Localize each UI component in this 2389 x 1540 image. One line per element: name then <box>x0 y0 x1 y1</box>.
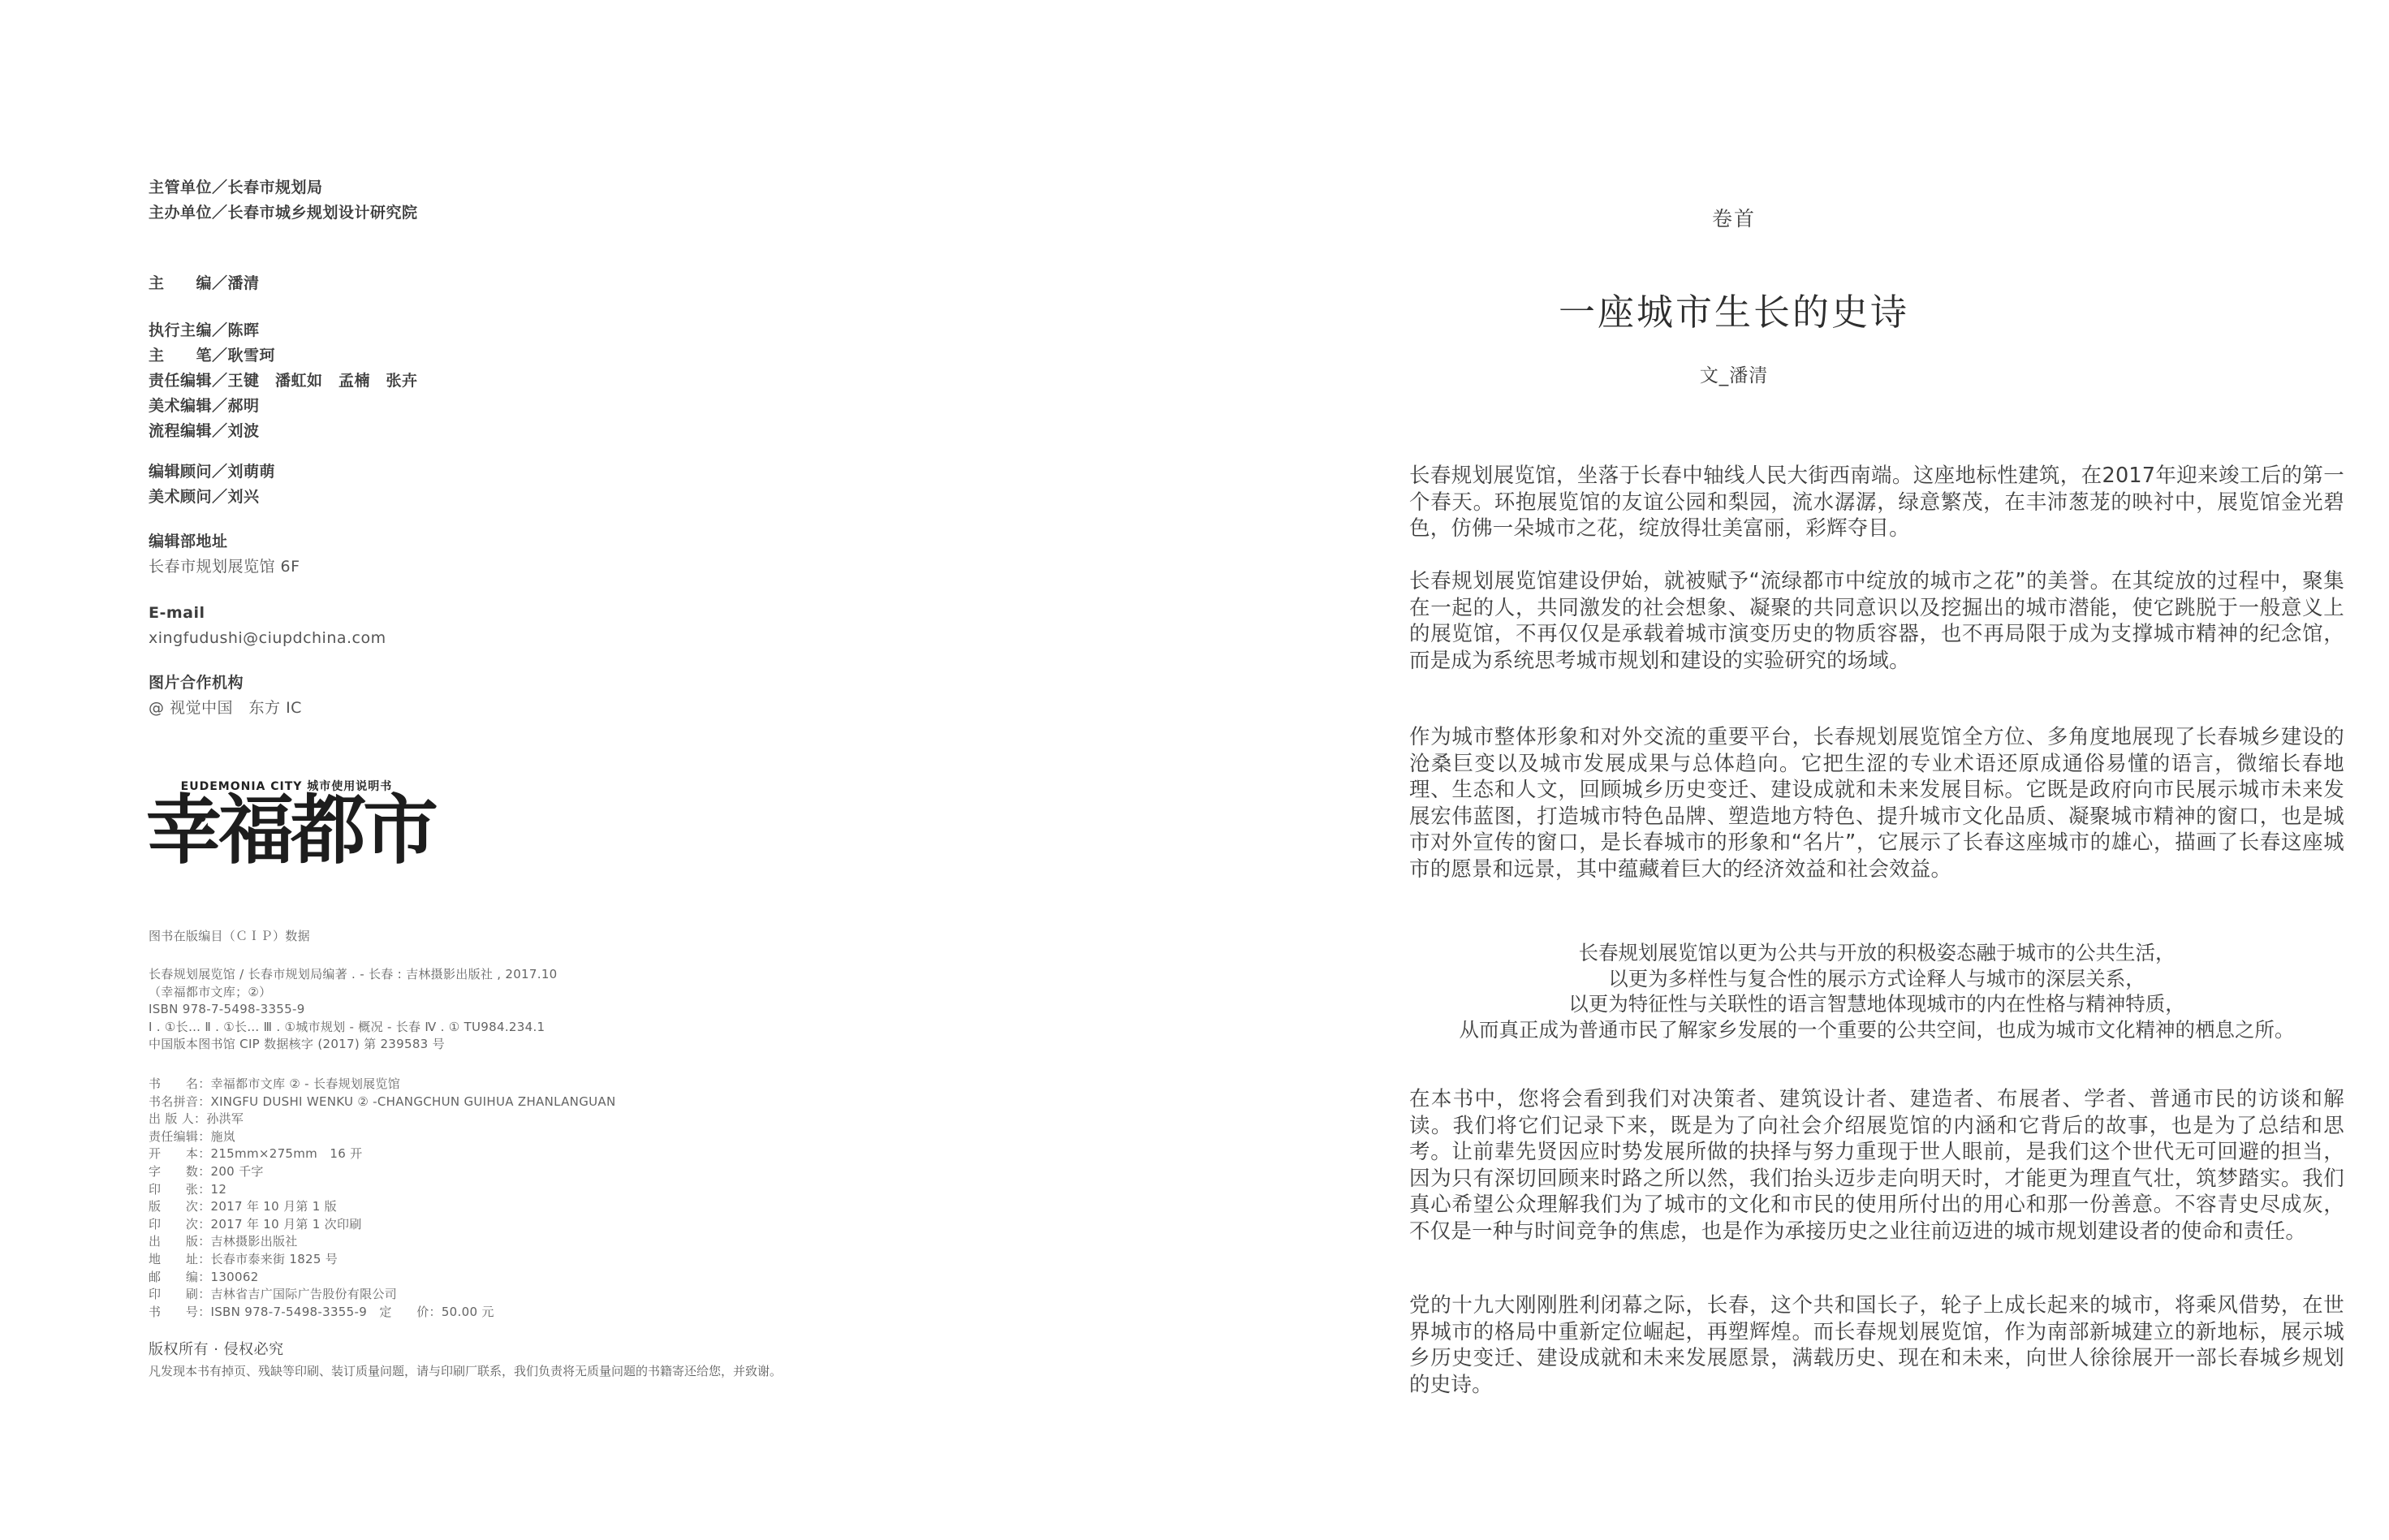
cip-heading: 图书在版编目（ＣＩＰ）数据 <box>149 928 310 946</box>
publication-line: 印 张：12 <box>149 1181 615 1199</box>
publication-line: 邮 编：130062 <box>149 1269 615 1287</box>
paragraph: 党的十九大刚刚胜利闭幕之际，长春，这个共和国长子，轮子上成长起来的城市，将乘风借… <box>1409 1292 2344 1398</box>
staff-line: 流程编辑／刘波 <box>149 419 418 444</box>
publication-line: 责任编辑：施岚 <box>149 1128 615 1146</box>
cip-line: Ⅰ . ①长… Ⅱ . ①长… Ⅲ . ①城市规划 - 概况 - 长春 Ⅳ . … <box>149 1019 558 1037</box>
cip-line: 长春规划展览馆 / 长春市规划局编著 . - 长春 : 吉林摄影出版社 , 20… <box>149 966 558 984</box>
copyright-detail: 凡发现本书有掉页、残缺等印刷、装订质量问题，请与印刷厂联系，我们负责将无质量问题… <box>149 1362 1415 1379</box>
staff-line: 美术编辑／郝明 <box>149 394 418 419</box>
paragraph: 作为城市整体形象和对外交流的重要平台，长春规划展览馆全方位、多角度地展现了长春城… <box>1409 724 2344 883</box>
publication-line: 书名拼音：XINGFU DUSHI WENKU ② -CHANGCHUN GUI… <box>149 1094 615 1111</box>
publication-line: 印 次：2017 年 10 月第 1 次印刷 <box>149 1216 615 1234</box>
photo-partners-label: 图片合作机构 <box>149 671 302 696</box>
publication-line: 书 号：ISBN 978-7-5498-3355-9 定 价：50.00 元 <box>149 1304 615 1322</box>
supervisor-unit: 主管单位／长春市规划局 <box>149 175 418 201</box>
organizer-unit: 主办单位／长春市城乡规划设计研究院 <box>149 201 418 226</box>
quote-line: 长春规划展览馆以更为公共与开放的积极姿态融于城市的公共生活， <box>1409 940 2344 966</box>
publication-line: 出 版：吉林摄影出版社 <box>149 1233 615 1251</box>
publication-line: 开 本：215mm×275mm 16 开 <box>149 1145 615 1163</box>
consultant-list: 编辑顾问／刘萌萌 美术顾问／刘兴 <box>149 459 275 510</box>
photo-partners-block: 图片合作机构 @ 视觉中国 东方 IC <box>149 671 302 721</box>
section-label: 卷首 <box>1409 203 2059 232</box>
publication-line: 地 址：长春市泰来街 1825 号 <box>149 1251 615 1269</box>
copyright-notice: 版权所有 · 侵权必究 <box>149 1338 284 1359</box>
staff-list: 执行主编／陈晖 主 笔／耿雪珂 责任编辑／王键 潘虹如 孟楠 张卉 美术编辑／郝… <box>149 318 418 444</box>
cip-data-block: 长春规划展览馆 / 长春市规划局编著 . - 长春 : 吉林摄影出版社 , 20… <box>149 966 558 1054</box>
staff-line: 主 笔／耿雪珂 <box>149 343 418 369</box>
email-value: xingfudushi@ciupdchina.com <box>149 626 386 651</box>
email-label: E-mail <box>149 601 386 626</box>
cip-line: （幸福都市文库；②） <box>149 984 558 1002</box>
quote-line: 以更为特征性与关联性的语言智慧地体现城市的内在性格与精神特质， <box>1409 991 2344 1017</box>
cip-line: 中国版本图书馆 CIP 数据核字 (2017) 第 239583 号 <box>149 1036 558 1054</box>
publication-line: 出 版 人：孙洪军 <box>149 1111 615 1128</box>
quote-line: 以更为多样性与复合性的展示方式诠释人与城市的深层关系， <box>1409 966 2344 992</box>
paragraph: 长春规划展览馆，坐落于长春中轴线人民大街西南端。这座地标性建筑，在2017年迎来… <box>1409 463 2344 542</box>
staff-line: 责任编辑／王键 潘虹如 孟楠 张卉 <box>149 369 418 394</box>
staff-line: 执行主编／陈晖 <box>149 318 418 343</box>
photo-partners-value: @ 视觉中国 东方 IC <box>149 696 302 721</box>
masthead-units: 主管单位／长春市规划局 主办单位／长春市城乡规划设计研究院 <box>149 175 418 226</box>
email-block: E-mail xingfudushi@ciupdchina.com <box>149 601 386 651</box>
publication-line: 印 刷：吉林省吉广国际广告股份有限公司 <box>149 1286 615 1304</box>
publication-line: 字 数：200 千字 <box>149 1163 615 1181</box>
publication-details: 书 名：幸福都市文库 ② - 长春规划展览馆 书名拼音：XINGFU DUSHI… <box>149 1076 615 1321</box>
consultant-line: 美术顾问／刘兴 <box>149 485 275 510</box>
page-title: 一座城市生长的史诗 <box>1409 283 2059 335</box>
address-value: 长春市规划展览馆 6F <box>149 554 300 580</box>
publication-line: 版 次：2017 年 10 月第 1 版 <box>149 1198 615 1216</box>
paragraph: 长春规划展览馆建设伊始，就被赋予“流绿都市中绽放的城市之花”的美誉。在其绽放的过… <box>1409 568 2344 674</box>
quote-line: 从而真正成为普通市民了解家乡发展的一个重要的公共空间，也成为城市文化精神的栖息之… <box>1409 1017 2344 1043</box>
byline: 文_潘清 <box>1409 360 2059 387</box>
cip-line: ISBN 978-7-5498-3355-9 <box>149 1001 558 1019</box>
publication-line: 书 名：幸福都市文库 ② - 长春规划展览馆 <box>149 1076 615 1094</box>
paragraph: 在本书中，您将会看到我们对决策者、建筑设计者、建造者、布展者、学者、普通市民的访… <box>1409 1086 2344 1245</box>
book-spread: { "left": { "masthead": { "supervisor": … <box>0 0 2389 1540</box>
magazine-logo: 幸福都市 <box>146 789 435 872</box>
consultant-line: 编辑顾问／刘萌萌 <box>149 459 275 485</box>
editorial-address: 编辑部地址 长春市规划展览馆 6F <box>149 529 300 580</box>
chief-editor-line: 主 编／潘清 <box>149 271 260 296</box>
pull-quote: 长春规划展览馆以更为公共与开放的积极姿态融于城市的公共生活， 以更为多样性与复合… <box>1409 940 2344 1042</box>
address-label: 编辑部地址 <box>149 529 300 554</box>
